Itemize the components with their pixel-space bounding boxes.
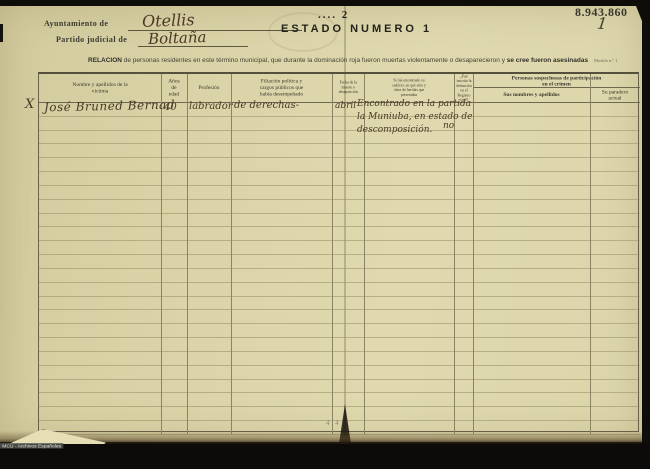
column-header-death-date: Fecha de la muerte o desaparición — [332, 74, 364, 102]
rule-line — [39, 116, 640, 117]
death-date-handwritten: abril — [335, 101, 356, 111]
body-found-line-3: descomposición. — [357, 125, 432, 135]
page-number-mark: .... 2 — [318, 9, 349, 21]
victims-table: Nombre y apellidos de la víctima Años de… — [38, 72, 639, 432]
column-header-affiliation: Filiación política y cargos públicos que… — [231, 74, 332, 102]
victim-affiliation-handwritten: de derechas- — [234, 100, 299, 111]
scan-border-right — [642, 0, 650, 469]
column-header-body-found: Si fué encontrado su cadáver, en qué sit… — [364, 74, 454, 102]
civil-registry-answer-handwritten: no — [443, 121, 454, 131]
rule-line — [39, 185, 640, 186]
scan-border-bottom — [0, 444, 650, 469]
rule-line — [39, 296, 640, 297]
district-value-handwritten: Boltaña — [148, 28, 207, 48]
victim-name-handwritten: José Bruned Bernad — [44, 98, 175, 115]
document-scan: Ayuntamiento de Otellis Partido judicial… — [0, 0, 650, 469]
column-line — [590, 74, 591, 434]
relacion-subtitle: RELACION de personas residentes en este … — [88, 57, 608, 64]
column-header-civil-registry: ¿Fué inscrita la defunción en el Registr… — [454, 74, 473, 102]
body-found-line-2: la Muniuba, en estado de — [357, 112, 472, 122]
rule-line — [39, 130, 640, 131]
rule-line — [39, 309, 640, 310]
subtitle-mid: de personas residentes en este término m… — [122, 57, 507, 64]
subtitle-bold: se cree fueron asesinadas — [507, 57, 588, 64]
margin-cross-mark: X — [25, 97, 34, 112]
rule-line — [39, 379, 640, 380]
scan-border-top — [0, 0, 650, 6]
rule-line — [39, 268, 640, 269]
rule-line — [39, 392, 640, 393]
rule-line — [39, 254, 640, 255]
column-line — [473, 74, 474, 434]
rule-line — [39, 337, 640, 338]
scan-edge-mark-left — [0, 24, 3, 42]
form-model-note: Modelo n.º 1 — [594, 58, 617, 63]
column-line — [231, 74, 232, 434]
column-line — [187, 74, 188, 434]
body-found-line-1: Encontrado en la partida — [357, 99, 471, 109]
rule-line — [39, 143, 640, 144]
column-header-profession: Profesión — [187, 74, 231, 102]
victim-age-handwritten: 40 — [164, 102, 177, 113]
municipality-label: Ayuntamiento de — [44, 19, 108, 28]
rule-line — [39, 171, 640, 172]
archive-watermark: MCU · Archivos Españoles — [0, 443, 63, 449]
rule-line — [39, 226, 640, 227]
folio-number-handwritten: 1 — [596, 14, 608, 34]
rule-line — [39, 351, 640, 352]
judicial-district-label: Partido judicial de — [56, 35, 127, 44]
rule-line — [39, 157, 640, 158]
subtitle-lead: RELACION — [88, 57, 122, 64]
group-header-suspects: Personas sospechosas de participación en… — [473, 74, 640, 87]
column-line — [161, 74, 162, 434]
form-title: ESTADO NUMERO 1 — [281, 23, 432, 35]
subcolumn-header-suspect-whereabouts: Su paradero actual — [590, 87, 640, 102]
rule-line — [39, 282, 640, 283]
column-line — [332, 74, 333, 434]
rule-line — [39, 365, 640, 366]
rule-line — [39, 240, 640, 241]
rule-line — [39, 213, 640, 214]
subcolumn-header-suspect-names: Sus nombres y apellidos — [473, 87, 590, 102]
rule-line — [39, 199, 640, 200]
victim-profession-handwritten: labrador — [189, 101, 233, 112]
rule-line — [39, 323, 640, 324]
